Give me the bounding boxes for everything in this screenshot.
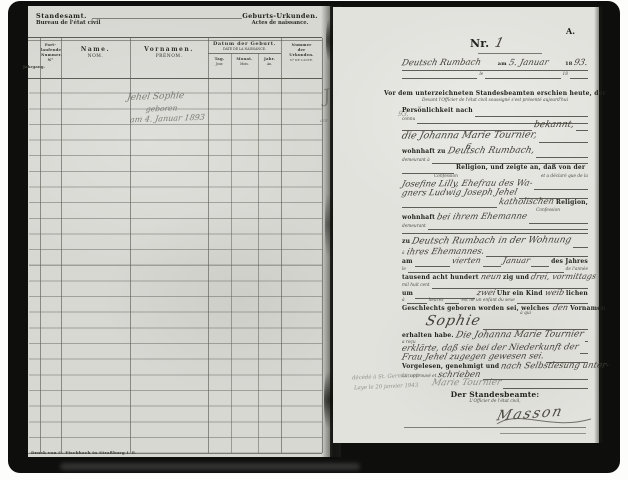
line-witness-signature: Marie Tournier <box>402 378 588 389</box>
intro-de: Vor dem unterzeichneten Standesbeamten e… <box>402 90 588 97</box>
dateline-year-handwriting: 93. <box>573 58 589 68</box>
column-header-year: Jahr. An. <box>258 57 281 66</box>
dateline-le-printed: le <box>479 72 483 77</box>
column-header-birthdate: Datum der Geburt. DATE DE LA NAISSANCE. <box>208 41 281 51</box>
act-number-label: Nr. <box>470 37 489 50</box>
dateline-am-printed: am <box>498 61 507 67</box>
dateline-secondary: le 18 <box>402 72 588 79</box>
declarant-handwriting: die Johanna Marie Tournier, <box>401 129 539 141</box>
doc-title-fr: Actes de naissance. <box>240 20 320 27</box>
closing-rule-short <box>500 433 586 434</box>
dateline-place-handwriting: Deutsch Rumbach <box>401 58 482 69</box>
line-birthyear: tausend acht hundert neun zig und drei, … <box>402 272 588 283</box>
line-mother-religion: katholischen Religion, <box>402 197 588 208</box>
column-header-month: Monat. Mois. <box>231 57 258 66</box>
column-header-act-number: Nummer der Urkunden. N° DE L'ACTE. <box>281 43 322 63</box>
office-title-fr: Bureau de l'état civil <box>36 20 136 27</box>
year-ones-handwriting: drei, vormittags <box>530 272 597 282</box>
margin-number: 93. <box>397 110 410 118</box>
line-blank <box>402 228 588 234</box>
column-header-number: Fort- laufende Nummer. N° <box>41 43 60 63</box>
printer-imprint: Druck von G. Fischbach in Straßburg i. E… <box>31 450 161 455</box>
dateline: Deutsch Rumbach am 5. Januar 18 93. <box>402 58 588 71</box>
line-child-name: Sophie <box>402 313 588 330</box>
witness-signature: Marie Tournier <box>431 378 503 389</box>
header-rule <box>92 18 242 19</box>
table-vline <box>40 38 41 453</box>
gutter-ink-mark-2: am <box>319 118 328 124</box>
scanned-register-spread: Standesamt. Bureau de l'état civil Gebur… <box>0 0 628 480</box>
table-vline <box>208 38 209 453</box>
scan-streak <box>60 463 360 470</box>
dateline-century-printed: 18 <box>565 61 572 67</box>
birth-hour-handwriting: zwei <box>475 288 496 297</box>
mother-residence-handwriting: bei ihrem Ehemanne <box>436 212 528 223</box>
witness-name-handwriting: Die Johanna Marie Tournier <box>454 329 584 340</box>
intro-fr: Devant l'Officier de l'état civil soussi… <box>402 98 588 103</box>
line-mother-residence: wohnhaft bei ihrem Ehemanne <box>402 212 588 224</box>
register-entry-line2: geboren <box>145 103 178 113</box>
child-name-handwriting: Sophie <box>424 313 483 329</box>
table-top-rule <box>28 37 322 38</box>
column-header-name: Name. NOM. <box>61 46 130 59</box>
birthplace-handwriting: Deutsch Rumbach in der Wohnung <box>411 235 573 246</box>
line-religion-announce: Religion, und zeigte an, daß von der <box>402 164 588 174</box>
closing-rule <box>404 427 586 428</box>
column-header-day: Tag. Jour. <box>208 57 231 66</box>
year-tens-handwriting: neun <box>480 272 502 281</box>
sex-handwriting: weib <box>544 288 565 297</box>
line-birthdate: am vierten Januar des Jahres <box>402 256 588 267</box>
column-header-rotated-label: Jahrgang. <box>23 64 45 69</box>
table-vline <box>281 38 282 453</box>
corner-mark: A. <box>566 26 575 36</box>
line-declarant: die Johanna Marie Tournier, <box>402 130 588 143</box>
column-header-firstname: Vornamen. PRÉNOM. <box>130 46 208 59</box>
date-subheader-rule <box>208 53 281 54</box>
table-vline-month <box>258 53 259 453</box>
register-entry-name: Jehel Sophie <box>126 91 185 103</box>
line-wohnhaft-zu: wohnhaft zu Deutsch Rumbach, <box>402 146 588 158</box>
birthday-handwriting: vierten <box>451 256 482 265</box>
declarant-residence-handwriting: Deutsch Rumbach, <box>446 146 535 157</box>
act-number-rule <box>478 53 542 54</box>
birthmonth-handwriting: Januar <box>501 256 530 265</box>
act-number: Nr. 1 <box>470 36 504 51</box>
right-page-edge-shadow <box>594 7 602 443</box>
table-vline <box>61 38 62 453</box>
bekannt-handwriting: bekannt, <box>533 120 575 130</box>
doc-title-de: Geburts-Urkunden. <box>240 12 320 20</box>
line-persoenlichkeit: Persönlichkeit nach <box>402 107 588 117</box>
religion-handwriting: katholischen <box>498 197 555 207</box>
table-vline-day <box>231 53 232 453</box>
dateline-date-handwriting: 5. Januar <box>507 58 549 68</box>
registrar-label: Der Standesbeamte: <box>402 390 588 399</box>
table-row-rules <box>29 78 322 454</box>
dateline-cent2-printed: 18 <box>563 72 568 77</box>
